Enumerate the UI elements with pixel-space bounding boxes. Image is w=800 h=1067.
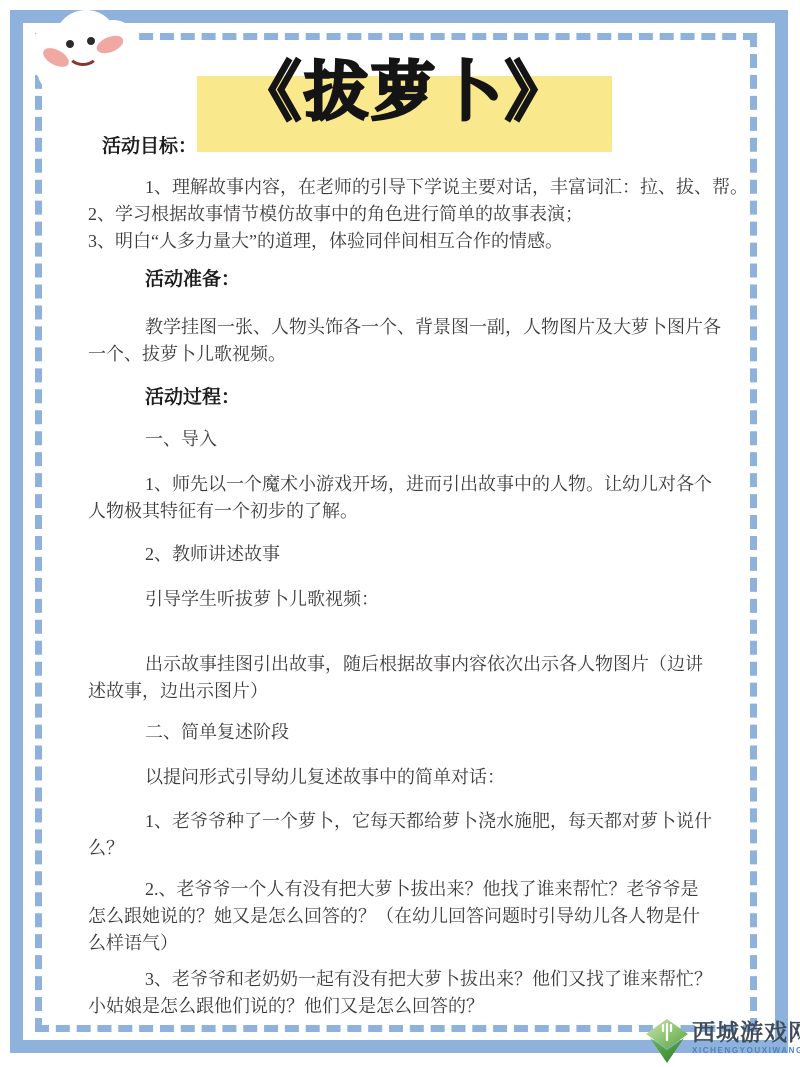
text-line: 2.、老爷爷一个人有没有把大萝卜拔出来？他找了谁来帮忙？老爷爷是: [88, 876, 748, 903]
text-line: 活动准备：: [88, 266, 748, 293]
text-line: 1、老爷爷种了一个萝卜，它每天都给萝卜浇水施肥，每天都对萝卜说什: [88, 808, 748, 835]
text-line: 1、理解故事内容，在老师的引导下学说主要对话，丰富词汇：拉、拔、帮。: [88, 174, 748, 201]
watermark-site-name: 西城游戏网: [692, 1019, 800, 1045]
text-line: 引导学生听拔萝卜儿歌视频：: [88, 586, 748, 613]
text-line: 二、简单复述阶段: [88, 719, 748, 746]
lesson-plan-text: 活动目标： 1、理解故事内容，在老师的引导下学说主要对话，丰富词汇：拉、拔、帮。…: [88, 130, 748, 1020]
text-line: 一个、拔萝卜儿歌视频。: [88, 341, 748, 368]
text-line: 活动过程：: [88, 384, 748, 411]
page-title: 《拔萝卜》: [187, 34, 622, 150]
text-line: 人物极其特征有一个初步的了解。: [88, 498, 748, 525]
watermark-text-block: 西城游戏网 XICHENGYOUXIWANG: [692, 1019, 800, 1056]
watermark-pyramid-logo-icon: [645, 1018, 689, 1064]
watermark: 西城游戏网 XICHENGYOUXIWANG: [645, 1012, 800, 1067]
text-line: 述故事，边出示图片）: [88, 678, 748, 705]
cloud-smile: [67, 40, 99, 66]
text-line: 么样语气）: [88, 930, 748, 957]
text-line: 教学挂图一张、人物头饰各一个、背景图一副，人物图片及大萝卜图片各: [88, 314, 748, 341]
text-line: 2、教师讲述故事: [88, 541, 748, 568]
smiling-cloud-decoration: [25, 10, 143, 105]
text-line: 3、明白“人多力量大”的道理，体验同伴间相互合作的情感。: [88, 228, 748, 255]
text-line: 一、导入: [88, 426, 748, 453]
text-line: 1、师先以一个魔术小游戏开场，进而引出故事中的人物。让幼儿对各个: [88, 471, 748, 498]
document-page: 《拔萝卜》 活动目标： 1、理解故事内容，在老师的引导下学说主要对话，丰富词汇：…: [0, 0, 800, 1067]
text-line: 怎么跟她说的？她又是怎么回答的？（在幼儿回答问题时引导幼儿各人物是什: [88, 903, 748, 930]
text-line: 以提问形式引导幼儿复述故事中的简单对话：: [88, 764, 748, 791]
text-line: 出示故事挂图引出故事，随后根据故事内容依次出示各人物图片（边讲: [88, 651, 748, 678]
text-line: 2、学习根据故事情节模仿故事中的角色进行简单的故事表演；: [88, 201, 748, 228]
text-line: 么？: [88, 835, 748, 862]
text-line: 3、老爷爷和老奶奶一起有没有把大萝卜拔出来？他们又找了谁来帮忙？: [88, 966, 748, 993]
watermark-site-pinyin: XICHENGYOUXIWANG: [692, 1045, 800, 1056]
